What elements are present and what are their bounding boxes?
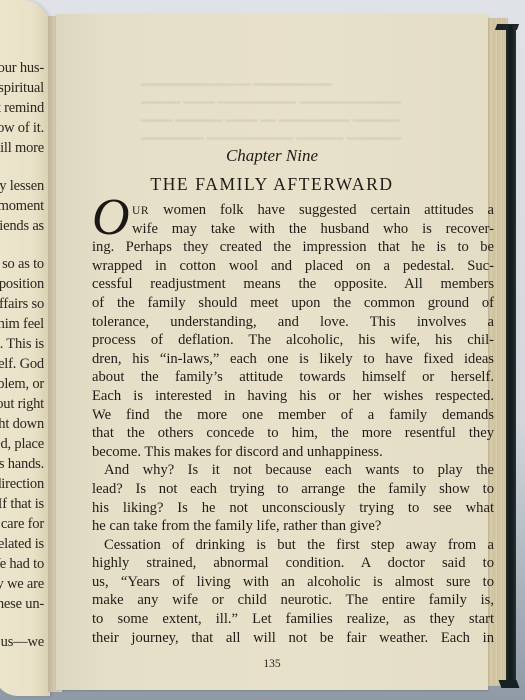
left-page-line: d out right — [0, 396, 44, 413]
body-text-line: that the others concede to him, the more… — [92, 424, 494, 443]
body-text-line: become. This makes for discord and unhap… — [92, 443, 494, 462]
left-page-line: with us—we — [0, 634, 44, 651]
body-text-line: tolerance, understanding, and love. This… — [92, 313, 494, 332]
body-text-line: of the family should meet upon the commo… — [92, 294, 494, 313]
page-number: 135 — [56, 658, 488, 670]
left-page-line: roblem, or — [0, 376, 44, 393]
first-word-smallcaps: UR — [132, 205, 149, 217]
left-page-line: rself. God — [0, 356, 44, 373]
left-page-line: disposition — [0, 276, 44, 293]
body-text-line: lead? Is not each trying to arrange the … — [92, 480, 494, 499]
left-page-line: h direction — [0, 476, 44, 493]
left-page-line: s affairs so — [0, 296, 44, 313]
body-text-line: process of deflation. The alcoholic, his… — [92, 331, 494, 350]
left-page-line: k moment — [0, 198, 44, 215]
left-page-line: ot remind — [0, 100, 44, 117]
body-text-line: his liking? Is he not unconsciously tryi… — [92, 499, 494, 518]
body-text-line: about the family’s attitude towards hims… — [92, 368, 494, 387]
chapter-label: Chapter Nine — [56, 146, 488, 166]
body-text-line: UR women folk have suggested certain att… — [92, 201, 494, 220]
left-page-line: We had to — [0, 556, 44, 573]
left-page-line: e, so as to — [0, 256, 44, 273]
body-text-line: wife may take with the husband who is re… — [92, 220, 494, 239]
left-page-line: s spiritual — [0, 80, 44, 97]
body-text-line: ing. Perhaps they created the impression… — [92, 238, 494, 257]
body-text-line: wrapped in cotton wool and placed on a p… — [92, 257, 494, 276]
left-page-line: still more — [0, 140, 44, 157]
body-text-line: make any wife or child neurotic. The ent… — [92, 591, 494, 610]
body-text-line: dren, his “in-laws,” each one is likely … — [92, 350, 494, 369]
body-text-line: to some extent, ill.” Let families reali… — [92, 610, 494, 629]
body-text-line: their journey, that all will not be fair… — [92, 629, 494, 648]
left-page-line: ys care for — [0, 516, 44, 533]
show-through-text: ━━━━━━━━━━━━━━ ━━━━━━━━━━━━━━━ ━━━━ ━━━━… — [141, 76, 461, 148]
left-page-line: right down — [0, 416, 44, 433]
body-text-line: highly strained, abnormal condition. A d… — [92, 554, 494, 573]
book-cover-board — [506, 25, 516, 685]
left-page: Your hus-s spiritualot remindow of it.st… — [0, 0, 50, 696]
left-page-line: d these un- — [0, 596, 44, 613]
left-page-line: nted, place — [0, 436, 44, 453]
body-text-line: he can take from the family life, rather… — [92, 517, 494, 536]
chapter-body-text: UR women folk have suggested certain att… — [92, 201, 494, 647]
left-page-line: ow of it. — [0, 120, 44, 137]
left-page-line: friends as — [0, 218, 44, 235]
body-text-line: cessful readjustment means the opposite.… — [92, 275, 494, 294]
body-text-line: And why? Is it not because each wants to… — [92, 461, 494, 480]
body-text-line: us, “Years of living with an alcoholic i… — [92, 573, 494, 592]
body-text-line: Cessation of drinking is but the first s… — [92, 536, 494, 555]
left-page-line: . If that is — [0, 496, 44, 513]
left-page-line: s. This is — [0, 336, 44, 353]
left-page-line: may lessen — [0, 178, 44, 195]
cover-corner-bottom — [499, 680, 520, 688]
left-page-line: e related is — [0, 536, 44, 553]
left-page-line: od's hands. — [0, 456, 44, 473]
left-page-line: ke him feel — [0, 316, 44, 333]
body-text-line: We find the more one member of a family … — [92, 406, 494, 425]
left-page-line: why we are — [0, 576, 44, 593]
body-text-line: Each is interested in having his or her … — [92, 387, 494, 406]
body-text-line-content: women folk have suggested certain attitu… — [149, 202, 494, 218]
left-page-line: Your hus- — [0, 60, 44, 77]
